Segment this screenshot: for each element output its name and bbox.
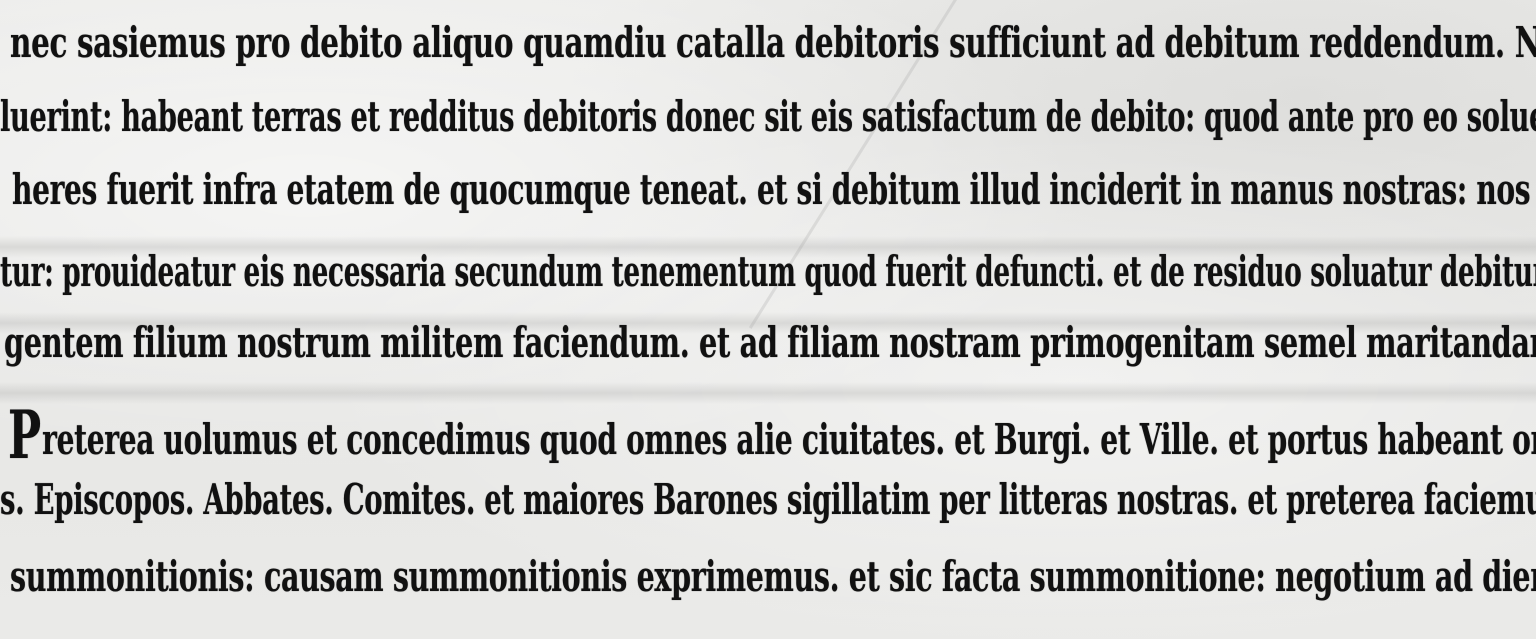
manuscript-line-7: s. Episcopos. Abbates. Comites. et maior… xyxy=(0,475,1536,524)
line-text: reterea uolumus et concedimus quod omnes… xyxy=(42,415,1536,464)
manuscript-line-4: tur: prouideatur eis necessaria secundum… xyxy=(0,247,1536,296)
manuscript-line-2: luerint: habeant terras et redditus debi… xyxy=(0,92,1536,141)
line-text: tur: prouideatur eis necessaria secundum… xyxy=(0,247,1536,296)
line-text: heres fuerit infra etatem de quocumque t… xyxy=(12,165,1536,214)
manuscript-line-8: summonitionis: causam summonitionis expr… xyxy=(10,552,1536,601)
line-text: s. Episcopos. Abbates. Comites. et maior… xyxy=(0,475,1536,524)
line-text: summonitionis: causam summonitionis expr… xyxy=(10,552,1536,601)
line-text: luerint: habeant terras et redditus debi… xyxy=(0,92,1536,141)
manuscript-line-5: gentem filium nostrum militem faciendum.… xyxy=(4,318,1536,367)
manuscript-line-1: nec sasiemus pro debito aliquo quamdiu c… xyxy=(10,18,1536,67)
manuscript-line-3: heres fuerit infra etatem de quocumque t… xyxy=(12,165,1536,214)
manuscript-line-6: Preterea uolumus et concedimus quod omne… xyxy=(8,396,1536,474)
manuscript-page: nec sasiemus pro debito aliquo quamdiu c… xyxy=(0,0,1536,639)
decorated-initial: P xyxy=(8,396,41,474)
line-text: gentem filium nostrum militem faciendum.… xyxy=(4,318,1536,367)
line-text: nec sasiemus pro debito aliquo quamdiu c… xyxy=(10,18,1536,67)
